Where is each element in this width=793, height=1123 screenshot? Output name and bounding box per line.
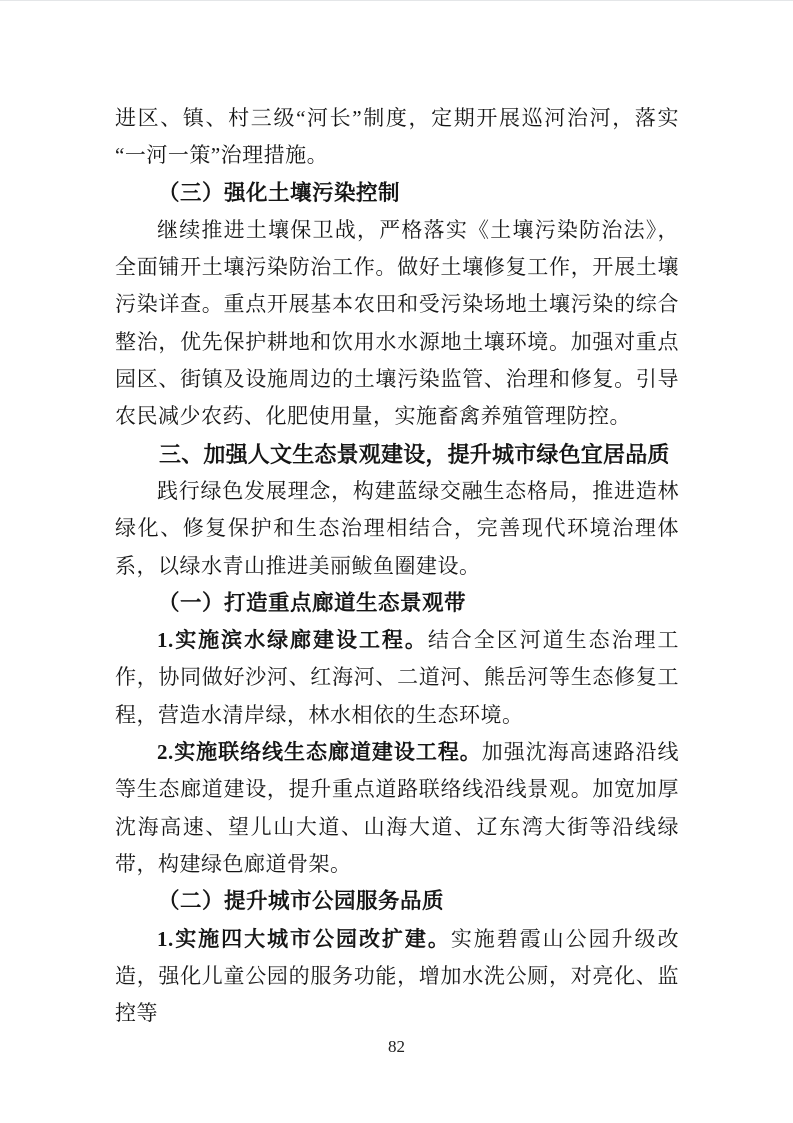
page-number: 82: [0, 1037, 793, 1057]
heading-soil-pollution-control-text: （三）强化土壤污染控制: [158, 181, 400, 205]
paragraph-river-chief-continuation-text: 进区、镇、村三级“河长”制度，定期开展巡河治河，落实“一河一策”治理措施。: [115, 106, 679, 167]
paragraph-soil-pollution-text: 继续推进土壤保卫战，严格落实《土壤污染防治法》，全面铺开土壤污染防治工作。做好土…: [115, 218, 679, 428]
heading-city-park-service-text: （二）提升城市公园服务品质: [158, 889, 444, 913]
paragraph-waterfront-green-corridor-lead: 1.实施滨水绿廊建设工程。: [157, 628, 428, 652]
paragraph-four-parks-expansion-lead: 1.实施四大城市公园改扩建。: [157, 927, 451, 951]
heading-city-park-service: （二）提升城市公园服务品质: [115, 883, 679, 920]
heading-section-three-landscape-text: 三、加强人文生态景观建设，提升城市绿色宜居品质: [159, 442, 670, 467]
paragraph-soil-pollution: 继续推进土壤保卫战，严格落实《土壤污染防治法》，全面铺开土壤污染防治工作。做好土…: [115, 212, 679, 436]
document-page: 进区、镇、村三级“河长”制度，定期开展巡河治河，落实“一河一策”治理措施。（三）…: [0, 0, 793, 1123]
heading-soil-pollution-control: （三）强化土壤污染控制: [115, 175, 679, 212]
heading-section-three-landscape: 三、加强人文生态景观建设，提升城市绿色宜居品质: [115, 436, 679, 473]
heading-corridor-landscape-belt: （一）打造重点廊道生态景观带: [115, 585, 679, 622]
paragraph-four-parks-expansion: 1.实施四大城市公园改扩建。实施碧霞山公园升级改造，强化儿童公园的服务功能，增加…: [115, 921, 679, 1033]
text-area: 进区、镇、村三级“河长”制度，定期开展巡河治河，落实“一河一策”治理措施。（三）…: [115, 100, 679, 1032]
paragraph-connector-eco-corridor-lead: 2.实施联络线生态廊道建设工程。: [157, 740, 482, 764]
heading-corridor-landscape-belt-text: （一）打造重点廊道生态景观带: [158, 591, 466, 615]
paragraph-green-development-text: 践行绿色发展理念，构建蓝绿交融生态格局，推进造林绿化、修复保护和生态治理相结合，…: [115, 479, 679, 578]
paragraph-waterfront-green-corridor: 1.实施滨水绿廊建设工程。结合全区河道生态治理工作，协同做好沙河、红海河、二道河…: [115, 622, 679, 734]
paragraph-green-development: 践行绿色发展理念，构建蓝绿交融生态格局，推进造林绿化、修复保护和生态治理相结合，…: [115, 473, 679, 585]
paragraph-connector-eco-corridor: 2.实施联络线生态廊道建设工程。加强沈海高速路沿线等生态廊道建设，提升重点道路联…: [115, 734, 679, 883]
paragraph-river-chief-continuation: 进区、镇、村三级“河长”制度，定期开展巡河治河，落实“一河一策”治理措施。: [115, 100, 679, 175]
